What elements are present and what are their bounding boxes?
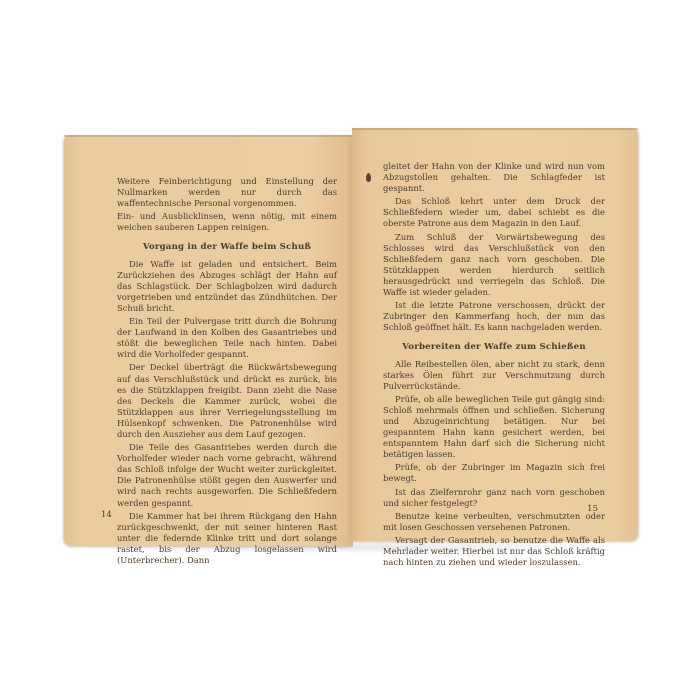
- left-page: Weitere Feinberichtigung und Einstellung…: [64, 135, 353, 546]
- page-number: 15: [587, 504, 598, 514]
- ink-stain: [366, 173, 371, 182]
- right-page-text: gleitet der Hahn von der Klinke und wird…: [383, 161, 605, 570]
- paragraph: Benutze keine verbeulten, verschmutzten …: [383, 511, 605, 533]
- paragraph: Ist die letzte Patrone verschossen, drüc…: [383, 300, 605, 333]
- section-heading: Vorgang in der Waffe beim Schuß: [117, 242, 337, 253]
- section-heading: Vorbereiten der Waffe zum Schießen: [383, 342, 605, 353]
- page-edge: [352, 128, 638, 130]
- paragraph: Die Teile des Gasantriebes werden durch …: [117, 442, 337, 509]
- paragraph: Ein- und Ausblicklinsen, wenn nötig, mit…: [117, 211, 337, 233]
- page-edge: [64, 135, 353, 137]
- paragraph: Die Kammer hat bei ihrem Rückgang den Ha…: [117, 511, 337, 566]
- paragraph: Das Schloß kehrt unter dem Druck der Sch…: [383, 196, 605, 229]
- paragraph: Prüfe, ob alle beweglichen Teile gut gän…: [383, 394, 605, 461]
- paragraph: Der Deckel überträgt die Rückwärtsbewegu…: [117, 362, 337, 440]
- paragraph: Ist das Zielfernrohr ganz nach vorn gesc…: [383, 487, 605, 509]
- left-page-text: Weitere Feinberichtigung und Einstellung…: [117, 176, 337, 568]
- paragraph: Die Waffe ist geladen und entsichert. Be…: [117, 259, 337, 314]
- right-page: gleitet der Hahn von der Klinke und wird…: [352, 128, 638, 541]
- paragraph: Weitere Feinberichtigung und Einstellung…: [117, 176, 337, 209]
- paragraph: Zum Schluß der Vorwärtsbewegung des Schl…: [383, 232, 605, 299]
- paragraph: gleitet der Hahn von der Klinke und wird…: [383, 161, 605, 194]
- paragraph: Ein Teil der Pulvergase tritt durch die …: [117, 316, 337, 360]
- paragraph: Versagt der Gasantrieb, so benutze die W…: [383, 535, 605, 568]
- paragraph: Prüfe, ob der Zubringer im Magazin sich …: [383, 462, 605, 484]
- page-number: 14: [101, 510, 112, 520]
- paragraph: Alle Reibestellen ölen, aber nicht zu st…: [383, 359, 605, 392]
